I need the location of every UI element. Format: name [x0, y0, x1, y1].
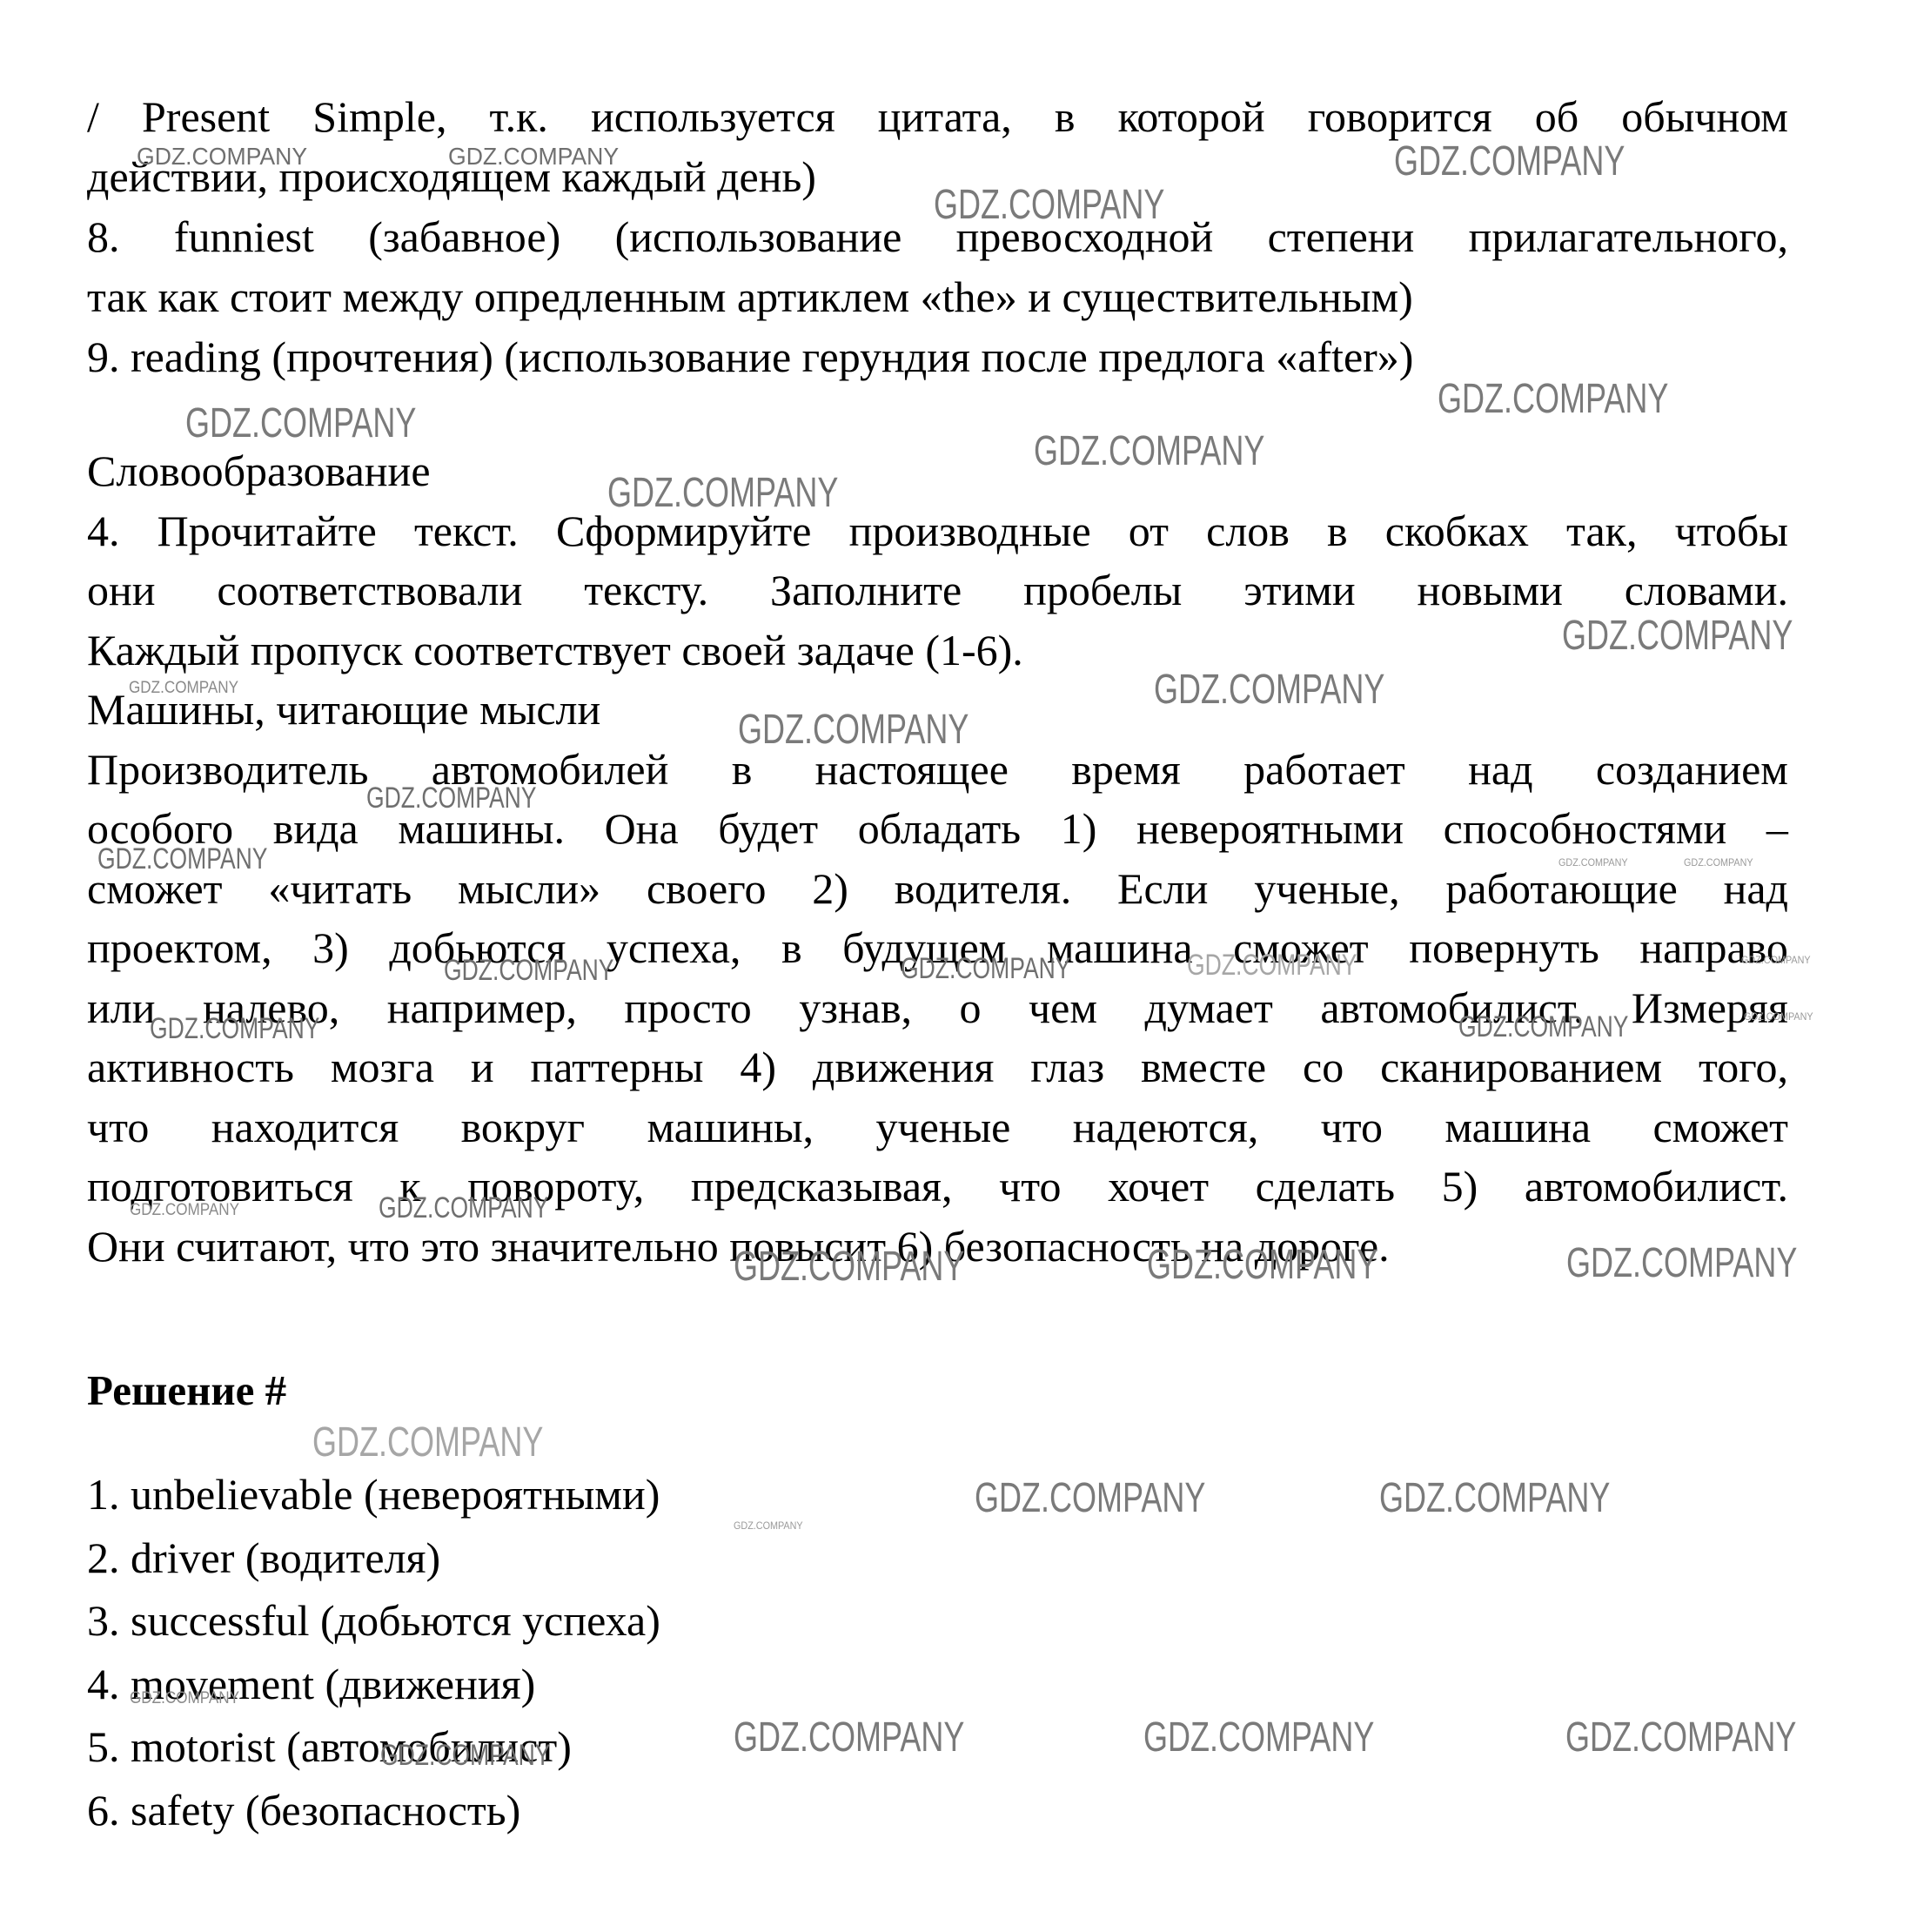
word: – — [1766, 799, 1788, 859]
word: предсказывая, — [691, 1157, 953, 1217]
text-line: активностьмозгаипаттерны4)движенияглазвм… — [87, 1037, 1788, 1097]
word: в — [732, 740, 753, 800]
gdz-company-watermark: GDZ.COMPANY — [1379, 1478, 1610, 1519]
word: успеха, — [607, 918, 741, 978]
word: словами. — [1625, 560, 1788, 621]
text-line: 9. reading (прочтения) (использование ге… — [87, 327, 1788, 387]
word: повернуть — [1409, 918, 1599, 978]
text-line: сможет«читатьмысли»своего2)водителя.Если… — [87, 859, 1788, 919]
gdz-company-watermark: GDZ.COMPANY — [975, 1478, 1205, 1519]
word: Она — [605, 799, 679, 859]
solution-answer-item: 5. motorist (автомобилист) — [87, 1715, 660, 1779]
word: сможет — [1233, 918, 1369, 978]
word: «читать — [268, 859, 412, 919]
word: 8. — [87, 207, 120, 267]
word: в — [1055, 87, 1076, 147]
answer-explanations-text: /PresentSimple,т.к.используетсяцитата,вк… — [87, 87, 1788, 387]
word: сканированием — [1380, 1037, 1662, 1097]
word: 4) — [740, 1037, 776, 1097]
word: или — [87, 978, 155, 1038]
word: машина — [1047, 918, 1193, 978]
word: будущем — [842, 918, 1006, 978]
word: над — [1724, 859, 1788, 919]
word: т.к. — [490, 87, 548, 147]
word: думает — [1145, 978, 1273, 1038]
word: паттерны — [531, 1037, 704, 1097]
word: Измеряя — [1632, 978, 1788, 1038]
text-line: илиналево,например,простоузнав,очемдумае… — [87, 978, 1788, 1038]
word: используется — [591, 87, 835, 147]
solution-answer-item: 2. driver (водителя) — [87, 1526, 660, 1590]
word: обычном — [1621, 87, 1788, 147]
word: автомобилист. — [1320, 978, 1584, 1038]
text-line: Словообразование — [87, 441, 1788, 501]
word-formation-task-text: Словообразование4.Прочитайтетекст.Сформи… — [87, 441, 1788, 1276]
word: слов — [1206, 501, 1290, 561]
word: автомобилей — [432, 740, 669, 800]
word: сможет — [1652, 1097, 1788, 1157]
text-line: Они считают, что это значительно повысит… — [87, 1217, 1788, 1277]
word: глаз — [1030, 1037, 1104, 1097]
text-line: 8.funniest(забавное)(использованиепревос… — [87, 207, 1788, 267]
word: настоящее — [815, 740, 1009, 800]
word: так, — [1566, 501, 1637, 561]
word: степени — [1268, 207, 1415, 267]
word: над — [1468, 740, 1532, 800]
text-line: проектом,3)добьютсяуспеха,вбудущеммашина… — [87, 918, 1788, 978]
word: о — [960, 978, 982, 1038]
gdz-company-watermark: GDZ.COMPANY — [312, 1422, 543, 1464]
word: funniest — [174, 207, 314, 267]
word: вокруг — [461, 1097, 585, 1157]
word: которой — [1118, 87, 1265, 147]
word: ученые — [875, 1097, 1010, 1157]
word: чем — [1029, 978, 1097, 1038]
word: 4. — [87, 501, 120, 561]
word: находится — [211, 1097, 399, 1157]
word: проектом, — [87, 918, 272, 978]
solution-heading: Решение # — [87, 1365, 286, 1417]
document-page: /PresentSimple,т.к.используетсяцитата,вк… — [0, 0, 1917, 1932]
word: вида — [273, 799, 359, 859]
text-line: Машины, читающие мысли — [87, 680, 1788, 740]
word: направо — [1639, 918, 1788, 978]
word: (использование — [615, 207, 902, 267]
word: хочет — [1108, 1157, 1209, 1217]
word: узнав, — [799, 978, 912, 1038]
gdz-company-watermark: GDZ.COMPANY — [185, 403, 416, 445]
word: своего — [647, 859, 767, 919]
word: созданием — [1596, 740, 1788, 800]
word: 3) — [312, 918, 349, 978]
word: пробелы — [1023, 560, 1182, 621]
word: что — [999, 1157, 1061, 1217]
word: Если — [1117, 859, 1208, 919]
word: об — [1535, 87, 1579, 147]
word: Present — [142, 87, 270, 147]
word: что — [87, 1097, 149, 1157]
word: Заполните — [770, 560, 962, 621]
word: Сформируйте — [556, 501, 812, 561]
word: налево, — [203, 978, 339, 1038]
word: невероятными — [1136, 799, 1404, 859]
word: сможет — [87, 859, 223, 919]
word: этими — [1243, 560, 1355, 621]
word: прилагательного, — [1469, 207, 1788, 267]
word: Simple, — [312, 87, 446, 147]
word: Прочитайте — [158, 501, 377, 561]
word: они — [87, 560, 156, 621]
word: работает — [1243, 740, 1405, 800]
word: 1) — [1061, 799, 1097, 859]
word: цитата, — [878, 87, 1012, 147]
word: скобках — [1385, 501, 1529, 561]
word: обладать — [858, 799, 1021, 859]
text-line: онисоответствовалитексту.Заполнитепробел… — [87, 560, 1788, 621]
word: чтобы — [1675, 501, 1788, 561]
word: подготовиться — [87, 1157, 353, 1217]
word: говорится — [1308, 87, 1492, 147]
word: новыми — [1418, 560, 1563, 621]
word: например, — [387, 978, 577, 1038]
word: от — [1129, 501, 1169, 561]
word: движения — [813, 1037, 994, 1097]
solution-answer-item: 6. safety (безопасность) — [87, 1779, 660, 1842]
word: и — [471, 1037, 494, 1097]
text-line: 4.Прочитайтетекст.Сформируйтепроизводные… — [87, 501, 1788, 561]
text-line: подготовитьсякповороту,предсказывая,чтох… — [87, 1157, 1788, 1217]
word: соответствовали — [217, 560, 522, 621]
gdz-company-watermark: GDZ.COMPANY — [734, 1717, 964, 1759]
text-line: действии, происходящем каждый день) — [87, 147, 1788, 207]
word: способностями — [1444, 799, 1727, 859]
word: к — [399, 1157, 420, 1217]
word: того, — [1699, 1037, 1788, 1097]
word: будет — [718, 799, 818, 859]
word: мозга — [331, 1037, 434, 1097]
word: 2) — [812, 859, 848, 919]
gdz-company-watermark: GDZ.COMPANY — [1565, 1717, 1796, 1759]
word: производные — [849, 501, 1091, 561]
word: тексту. — [584, 560, 708, 621]
word: время — [1071, 740, 1180, 800]
word: что — [1321, 1097, 1383, 1157]
word: машины. — [398, 799, 565, 859]
text-line: особоговидамашины.Онабудетобладать1)неве… — [87, 799, 1788, 859]
gdz-company-watermark: GDZ.COMPANY — [1143, 1717, 1374, 1759]
word: машина — [1444, 1097, 1591, 1157]
word: вместе — [1141, 1037, 1266, 1097]
word: особого — [87, 799, 233, 859]
word: (забавное) — [368, 207, 560, 267]
word: сделать — [1256, 1157, 1395, 1217]
gdz-company-watermark: GDZ.COMPANY — [734, 1520, 803, 1531]
word: машины, — [647, 1097, 814, 1157]
word: повороту, — [467, 1157, 644, 1217]
text-line: Производительавтомобилейвнастоящеевремяр… — [87, 740, 1788, 800]
word: надеются, — [1073, 1097, 1258, 1157]
word: / — [87, 87, 99, 147]
word: автомобилист. — [1525, 1157, 1788, 1217]
word: со — [1303, 1037, 1344, 1097]
text-line: чтонаходитсявокругмашины,ученыенадеются,… — [87, 1097, 1788, 1157]
word: работающие — [1445, 859, 1677, 919]
solution-answers-list: 1. unbelievable (невероятными)2. driver … — [87, 1463, 660, 1841]
solution-answer-item: 4. movement (движения) — [87, 1653, 660, 1716]
word: Производитель — [87, 740, 368, 800]
word: текст. — [414, 501, 519, 561]
word: в — [1327, 501, 1348, 561]
word: просто — [624, 978, 751, 1038]
word: ученые, — [1254, 859, 1399, 919]
text-line: Каждый пропуск соответствует своей задач… — [87, 621, 1788, 681]
word: в — [781, 918, 802, 978]
solution-answer-item: 3. successful (добьются успеха) — [87, 1589, 660, 1653]
word: активность — [87, 1037, 294, 1097]
word: 5) — [1442, 1157, 1478, 1217]
word: водителя. — [895, 859, 1072, 919]
text-line: так как стоит между опредленным артиклем… — [87, 267, 1788, 327]
text-line: /PresentSimple,т.к.используетсяцитата,вк… — [87, 87, 1788, 147]
word: превосходной — [956, 207, 1214, 267]
solution-answer-item: 1. unbelievable (невероятными) — [87, 1463, 660, 1526]
word: добьются — [389, 918, 566, 978]
word: мысли» — [458, 859, 600, 919]
